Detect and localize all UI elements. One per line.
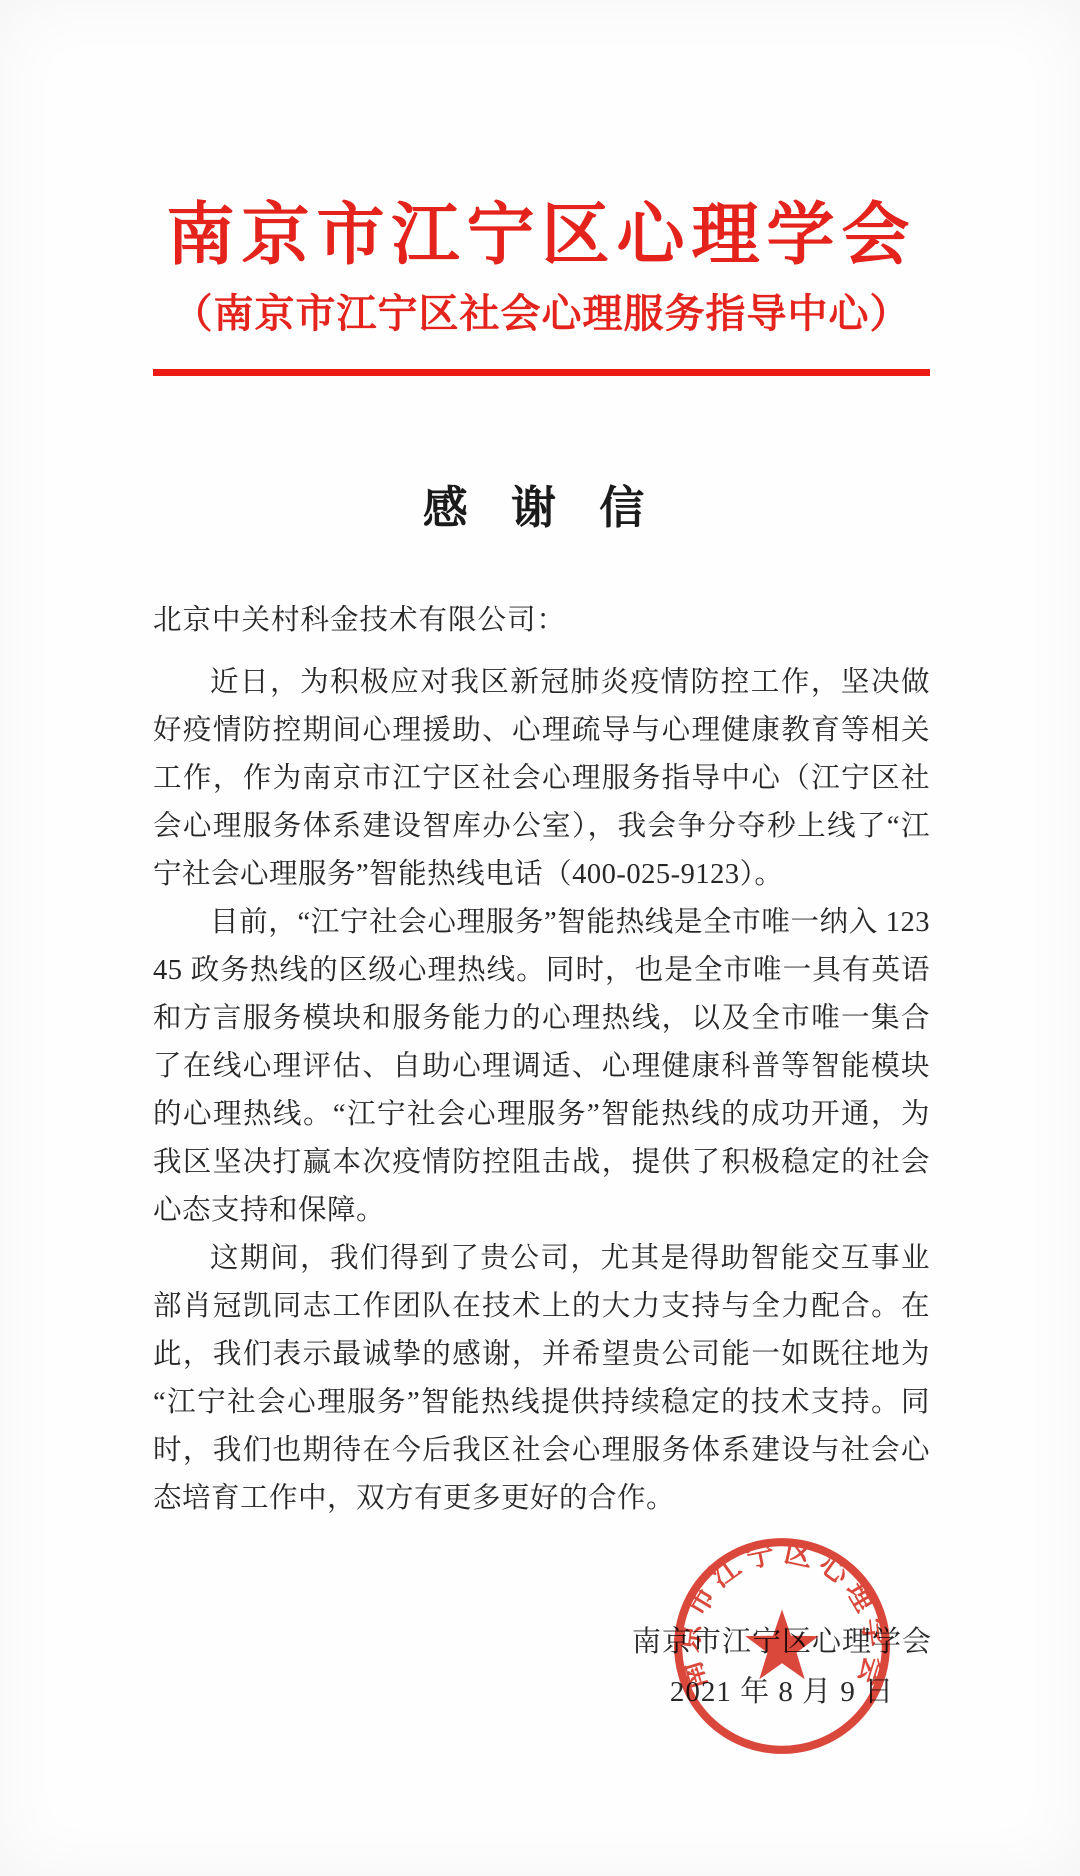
letter-body: 感 谢 信 北京中关村科金技术有限公司： 近日，为积极应对我区新冠肺炎疫情防控工… — [153, 486, 930, 1523]
letter-title: 感 谢 信 — [153, 486, 930, 531]
salutation-line: 北京中关村科金技术有限公司： — [153, 603, 930, 639]
paragraph-hotline-features: 目前，“江宁社会心理服务”智能热线是全市唯一纳入 12345 政务热线的区级心理… — [153, 899, 930, 1235]
letterhead: 南京市江宁区心理学会 （南京市江宁区社会心理服务指导中心） — [153, 200, 930, 376]
letter-content: 南京市江宁区心理学会 （南京市江宁区社会心理服务指导中心） 感 谢 信 北京中关… — [0, 0, 1080, 1523]
org-name-heading: 南京市江宁区心理学会 — [153, 200, 930, 270]
thank-you-letter-page: 南京市江宁区心理学会 （南京市江宁区社会心理服务指导中心） 感 谢 信 北京中关… — [0, 0, 1080, 1876]
paragraph-hotline-launch: 近日，为积极应对我区新冠肺炎疫情防控工作，坚决做好疫情防控期间心理援助、心理疏导… — [153, 659, 930, 899]
org-subtitle: （南京市江宁区社会心理服务指导中心） — [153, 294, 930, 334]
seal-star-icon — [745, 1609, 819, 1679]
paragraph-gratitude: 这期间，我们得到了贵公司，尤其是得助智能交互事业部肖冠凯同志工作团队在技术上的大… — [153, 1235, 930, 1523]
red-divider-rule — [153, 369, 930, 376]
official-seal-stamp: 南京市江宁区心理学会 — [670, 1534, 894, 1758]
